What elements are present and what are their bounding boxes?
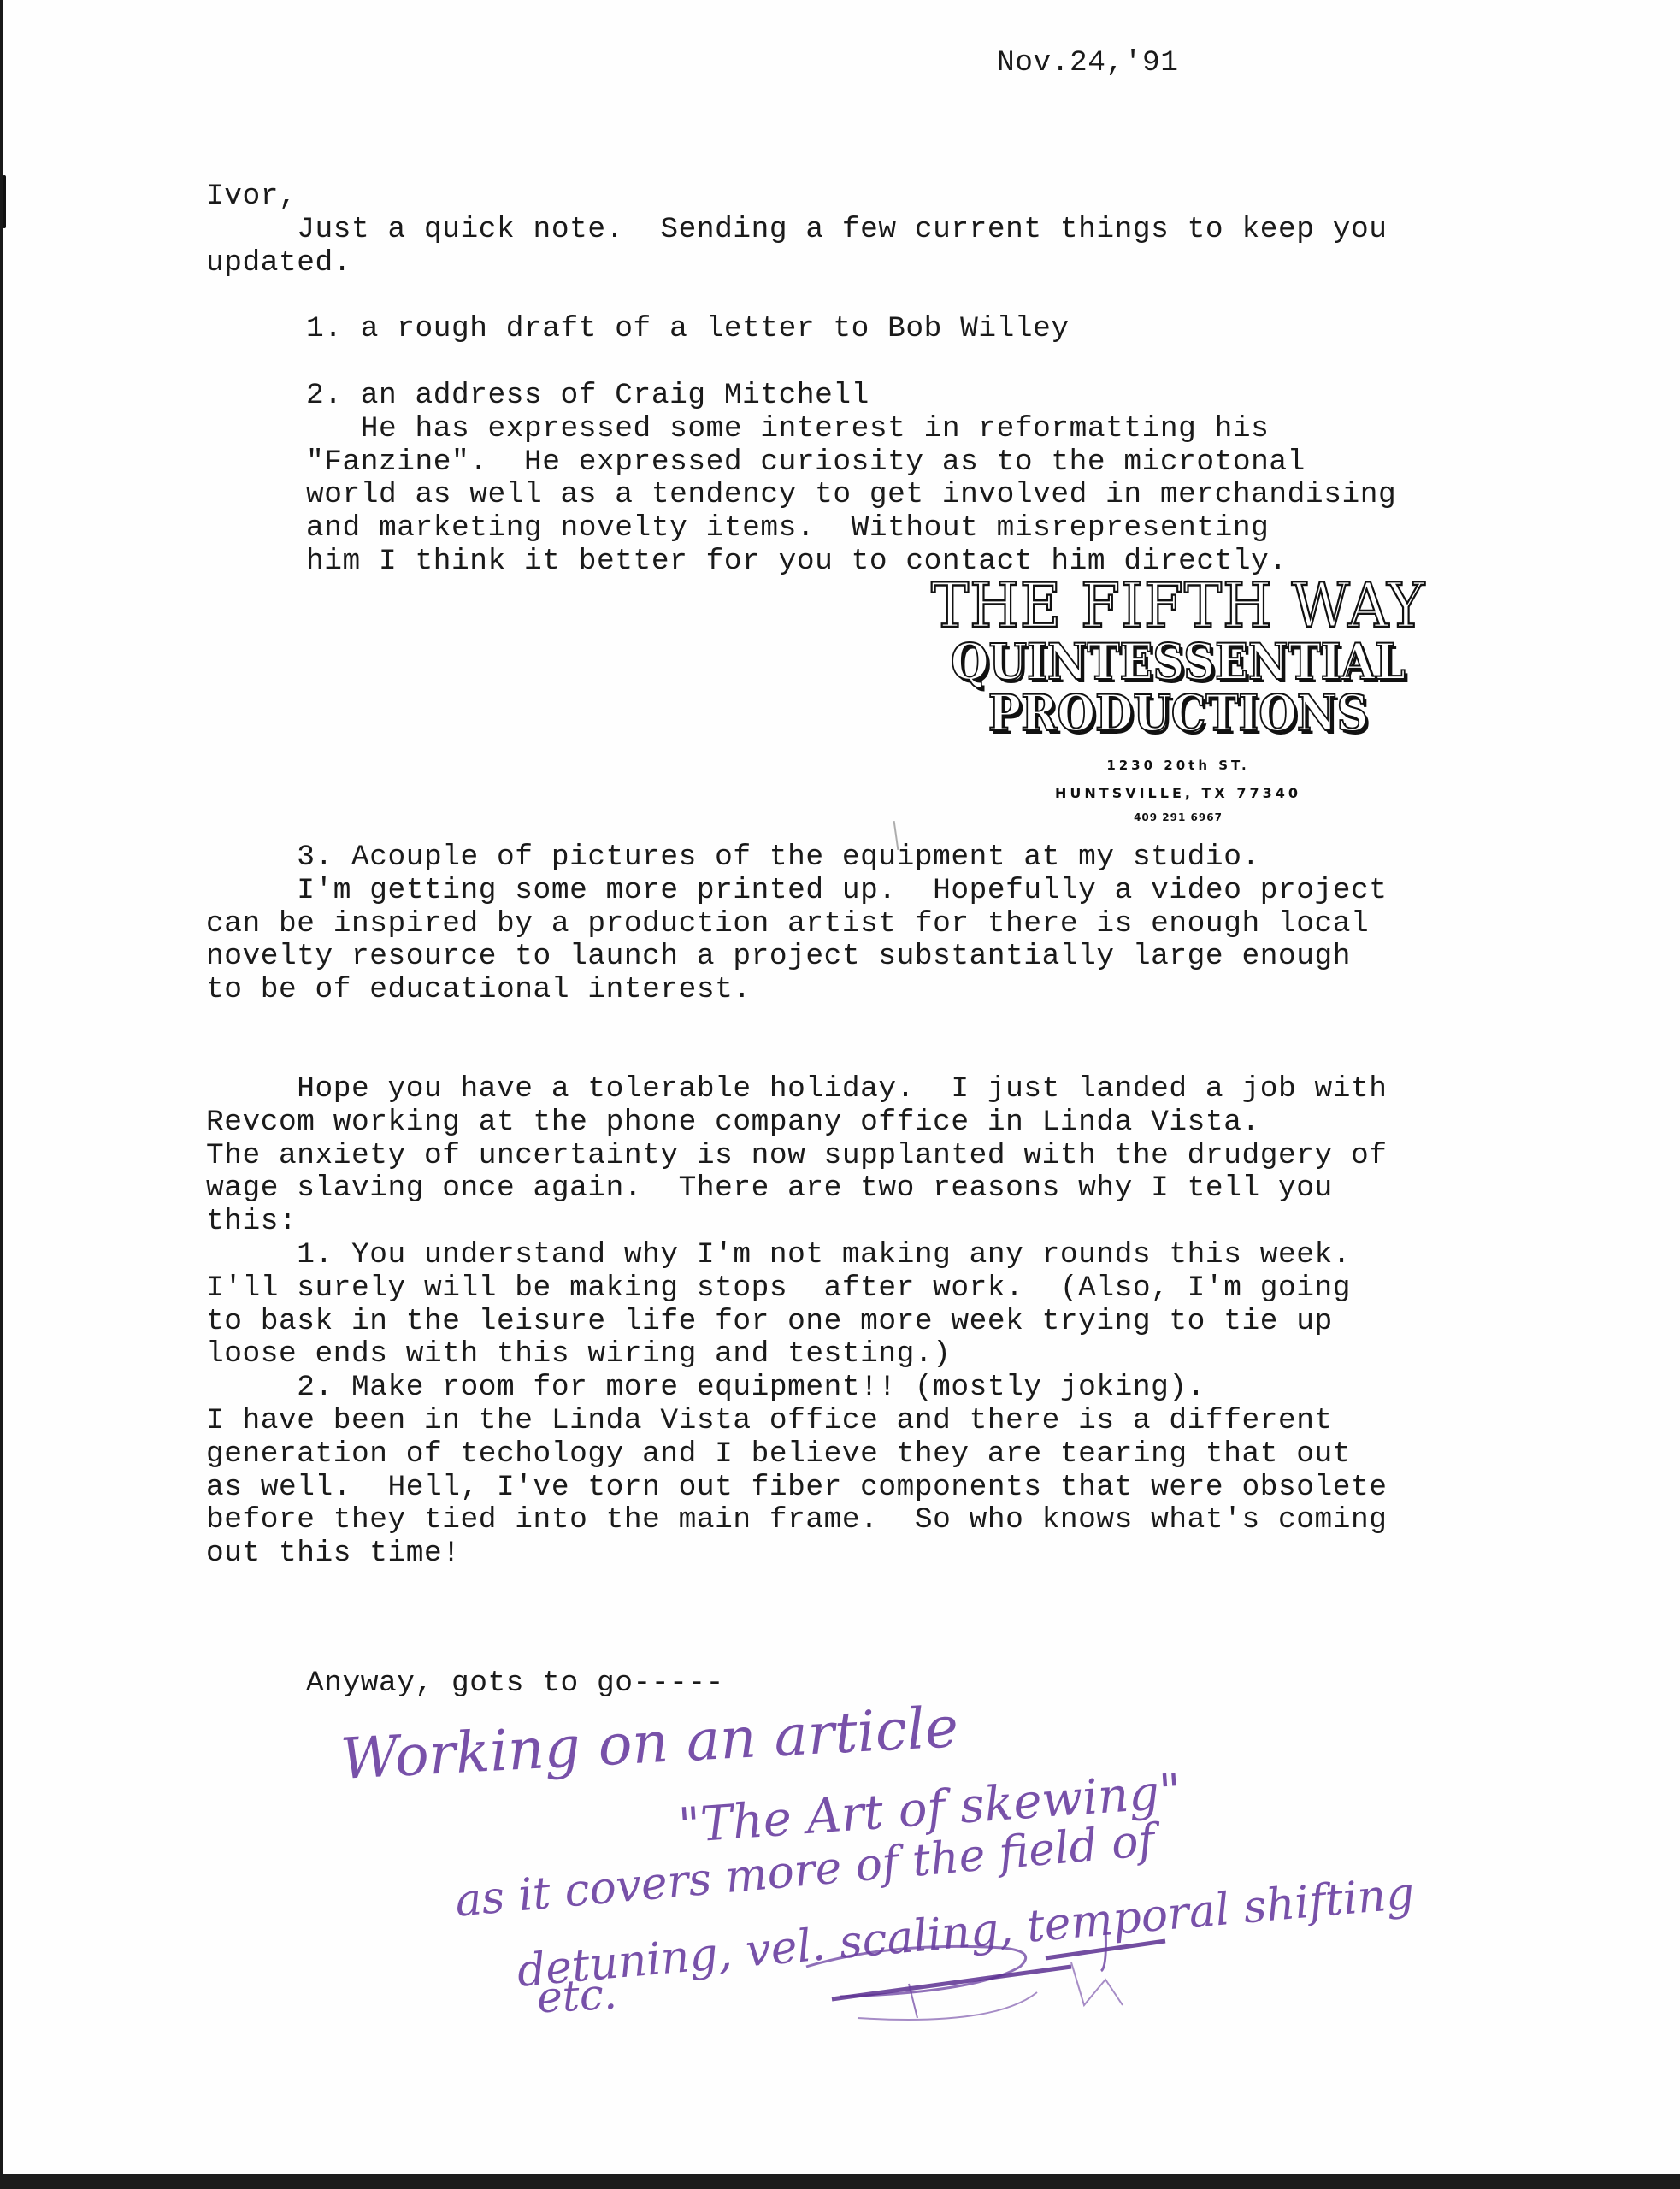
letter-page: Nov.24,'91 Ivor, Just a quick note. Send… xyxy=(0,0,1680,2174)
salutation: Ivor, xyxy=(206,180,297,214)
letterhead-city: HUNTSVILLE, TX 77340 xyxy=(905,785,1452,801)
list-item-3: 3. Acouple of pictures of the equipment … xyxy=(206,841,1387,1007)
closing-line: Anyway, gots to go----- xyxy=(306,1667,724,1701)
handwritten-line-5: etc. xyxy=(536,1969,619,2023)
handwritten-line-1: Working on an article xyxy=(339,1694,959,1792)
letter-date: Nov.24,'91 xyxy=(997,47,1179,80)
intro-paragraph: Just a quick note. Sending a few current… xyxy=(206,214,1387,280)
list-item-1: 1. a rough draft of a letter to Bob Will… xyxy=(306,313,1070,346)
letterhead-stamp: THE FIFTH WAY QUINTESSENTIAL PRODUCTIONS… xyxy=(905,575,1452,823)
scan-bottom-edge xyxy=(0,2174,1680,2189)
scan-edge-mark xyxy=(3,175,6,228)
letterhead-line2: QUINTESSENTIAL xyxy=(937,636,1418,687)
letterhead-street: 1230 20th ST. xyxy=(905,758,1452,773)
letterhead-phone: 409 291 6967 xyxy=(905,811,1452,823)
body-paragraph: Hope you have a tolerable holiday. I jus… xyxy=(206,1073,1387,1571)
list-item-2: 2. an address of Craig Mitchell He has e… xyxy=(306,380,1396,579)
signature-scribble xyxy=(789,1932,1234,2027)
letterhead-title: THE FIFTH WAY xyxy=(927,575,1430,636)
letterhead-line3: PRODUCTIONS xyxy=(937,687,1418,739)
